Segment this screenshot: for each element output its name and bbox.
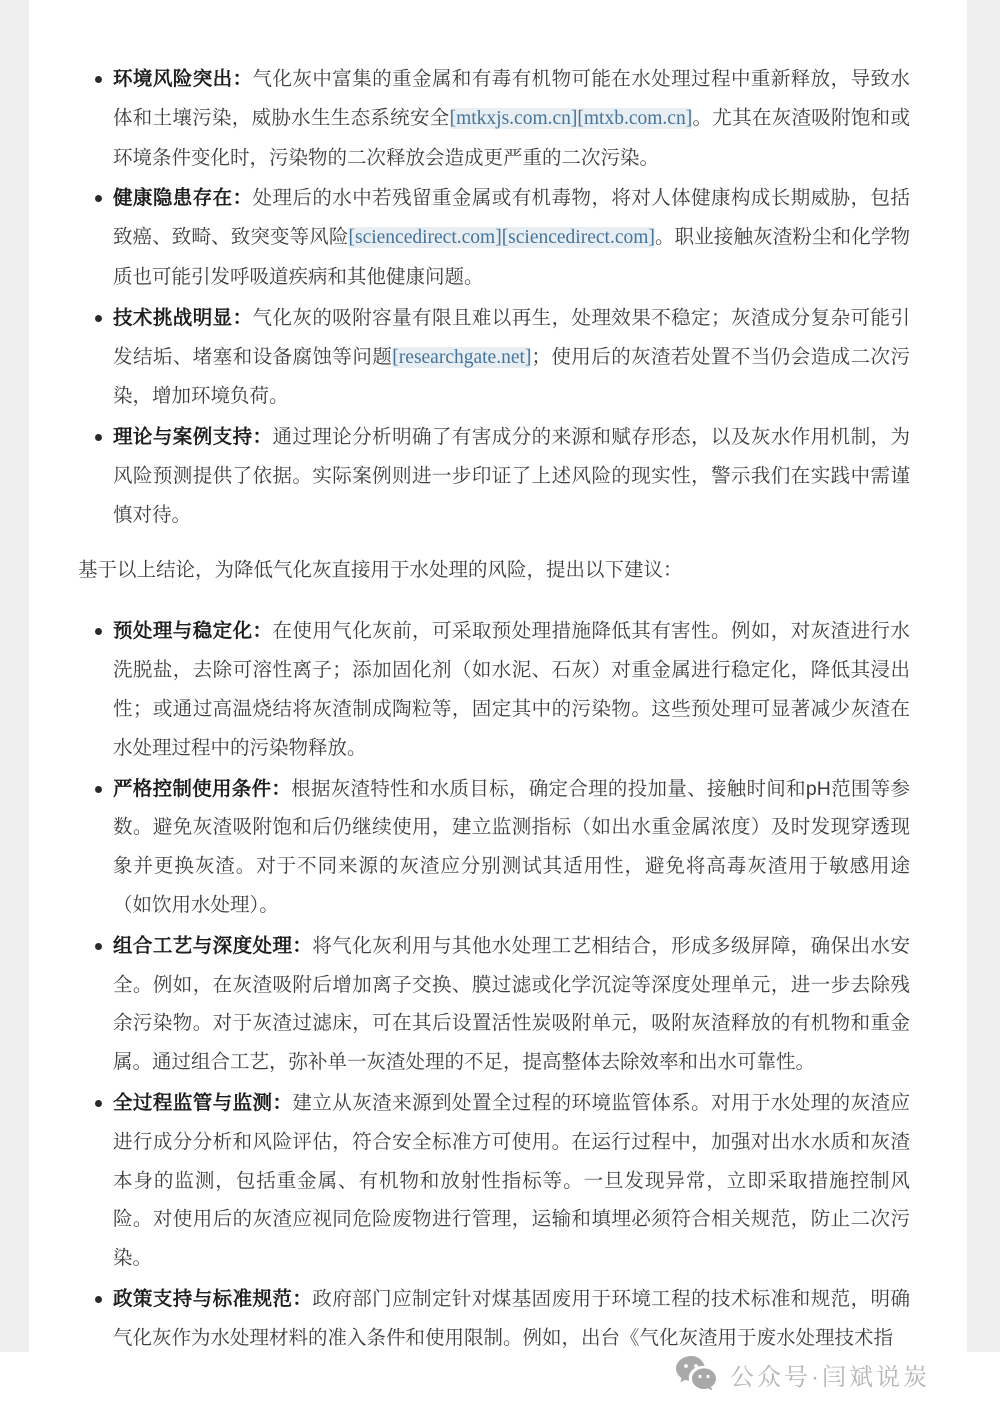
citation-link[interactable]: [sciencedirect.com]: [348, 227, 501, 248]
bullet-dot: [95, 315, 102, 322]
bullet-dot: [95, 628, 102, 635]
bullet-dot: [95, 786, 102, 793]
transition-paragraph: 基于以上结论，为降低气化灰直接用于水处理的风险，提出以下建议：: [78, 551, 910, 590]
wechat-logo-icon: [674, 1354, 718, 1394]
citation-link[interactable]: [sciencedirect.com]: [502, 227, 655, 248]
bullet-bold-label: 全过程监管与监测：: [113, 1092, 292, 1114]
list-item: 环境风险突出：气化灰中富集的重金属和有毒有机物可能在水处理过程中重新释放，导致水…: [78, 60, 910, 177]
list-item: 预处理与稳定化：在使用气化灰前，可采取预处理措施降低其有害性。例如，对灰渣进行水…: [78, 612, 910, 767]
list-item: 政策支持与标准规范：政府部门应制定针对煤基固废用于环境工程的技术标准和规范，明确…: [78, 1280, 910, 1358]
body-text-run: 建立从灰渣来源到处置全过程的环境监管体系。对用于水处理的灰渣应进行成分分析和风险…: [113, 1092, 910, 1269]
bullet-dot: [95, 1296, 102, 1303]
bullet-bold-label: 严格控制使用条件：: [113, 778, 291, 800]
suggestion-bullet-list: 预处理与稳定化：在使用气化灰前，可采取预处理措施降低其有害性。例如，对灰渣进行水…: [78, 612, 910, 1357]
bullet-bold-label: 技术挑战明显：: [113, 307, 253, 329]
list-item: 技术挑战明显：气化灰的吸附容量有限且难以再生，处理效果不稳定；灰渣成分复杂可能引…: [78, 299, 910, 416]
list-item: 严格控制使用条件：根据灰渣特性和水质目标，确定合理的投加量、接触时间和pH范围等…: [78, 770, 910, 925]
bullet-dot: [95, 943, 102, 950]
list-item: 组合工艺与深度处理：将气化灰利用与其他水处理工艺相结合，形成多级屏障，确保出水安…: [78, 927, 910, 1082]
risk-bullet-list: 环境风险突出：气化灰中富集的重金属和有毒有机物可能在水处理过程中重新释放，导致水…: [78, 60, 910, 535]
list-item: 理论与案例支持：通过理论分析明确了有害成分的来源和赋存形态，以及灰水作用机制，为…: [78, 418, 910, 534]
page-margin-left: [0, 0, 29, 1352]
list-item: 全过程监管与监测：建立从灰渣来源到处置全过程的环境监管体系。对用于水处理的灰渣应…: [78, 1084, 910, 1278]
wechat-watermark: 公众号·闫斌说炭: [674, 1354, 930, 1394]
bullet-dot: [95, 434, 102, 441]
bullet-bold-label: 组合工艺与深度处理：: [113, 935, 312, 957]
watermark-label: 公众号·闫斌说炭: [730, 1357, 930, 1392]
citation-link[interactable]: [mtkxjs.com.cn]: [450, 108, 578, 129]
page-margin-right: [967, 0, 1000, 1352]
article-body: 环境风险突出：气化灰中富集的重金属和有毒有机物可能在水处理过程中重新释放，导致水…: [78, 60, 910, 1360]
bullet-dot: [95, 1100, 102, 1107]
list-item: 健康隐患存在：处理后的水中若残留重金属或有机毒物，将对人体健康构成长期威胁，包括…: [78, 179, 910, 296]
citation-link[interactable]: [researchgate.net]: [392, 347, 531, 368]
bullet-dot: [95, 76, 102, 83]
bullet-dot: [95, 195, 102, 202]
bullet-bold-label: 理论与案例支持：: [113, 426, 272, 448]
bullet-bold-label: 预处理与稳定化：: [113, 620, 272, 642]
citation-link[interactable]: [mtxb.com.cn]: [577, 108, 692, 129]
bullet-bold-label: 健康隐患存在：: [113, 187, 253, 209]
bullet-bold-label: 政策支持与标准规范：: [113, 1288, 312, 1310]
bullet-bold-label: 环境风险突出：: [113, 68, 253, 90]
